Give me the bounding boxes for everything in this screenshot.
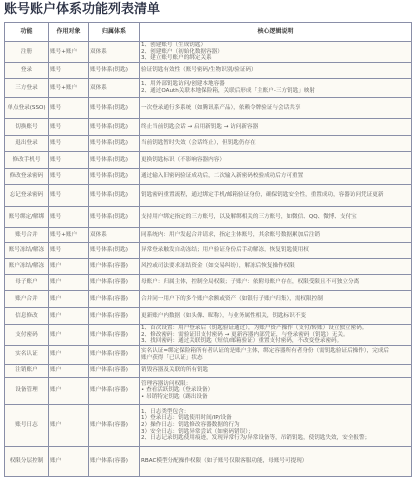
target-cell: 账户 <box>49 345 89 364</box>
table-row: 账号冻结/解冻账号账号体系(钥匙)异常登录触发自动冻结；用户验证身份后手动解冻，… <box>5 243 412 259</box>
description-line: 风控或司法要求冻结资金（如交易纠纷），解冻后恢复操作权限 <box>141 263 410 270</box>
description-line: 支持用户绑定指定的三方账号，以及解绑相关的三方账号，如微信、QQ、微博、支付宝 <box>141 214 410 221</box>
description-cell: 1、用外部钥匙访问/创建本地容器2、通过OAuth关联本地保险箱，关联后形成「主… <box>140 79 412 98</box>
description-cell: 验证钥匙有效性（账号密码/生物识别/验证码） <box>140 63 412 79</box>
target-cell: 账号 <box>49 152 89 169</box>
target-cell: 账户 <box>49 377 89 404</box>
target-cell: 账号 <box>49 185 89 207</box>
description-line: 1、创建账号（生成钥匙） <box>141 42 410 49</box>
system-cell: 账户体系(容器) <box>89 377 140 404</box>
description-line: 销毁容器及关联的所有钥匙 <box>141 367 410 374</box>
target-cell: 账号+账户 <box>49 228 89 243</box>
function-cell: 登录 <box>5 63 49 79</box>
table-row: 实名认证账户账户体系(容器)实名认证=绑定保险箱所有者认证的是账户主体，绑定容器… <box>5 345 412 364</box>
page-title: 账号账户体系功能列表清单 <box>4 2 160 18</box>
description-line: 更换钥匙标识（不影响容器内容） <box>141 157 410 164</box>
description-line: • 吊销特定钥匙（踢出设备 <box>141 394 410 401</box>
description-line: 通过输入旧密码验证成功后，二次输入新密码校验成功后方可重置 <box>141 173 410 180</box>
function-cell: 信息修改 <box>5 308 49 325</box>
function-cell: 支付密码 <box>5 325 49 346</box>
description-line: 2、通过OAuth关联本地保险箱，关联后形成「主账户-三方钥匙」映射 <box>141 88 410 95</box>
description-cell: 钥匙密码重置流程，通过绑定手机/邮箱验证身份，确保钥匙安全性，重置成功，容器访问… <box>140 185 412 207</box>
target-cell: 账号+账户 <box>49 42 89 63</box>
function-cell: 账号合并 <box>5 228 49 243</box>
description-cell: 母账户：归属主体，控制全局权限；子账户：依附母账户存在，权限受限且不可独立分离 <box>140 275 412 291</box>
function-cell: 账户合并 <box>5 291 49 308</box>
table-row: 修改登录密码账号账号体系(钥匙)通过输入旧密码验证成功后，二次输入新密码校验成功… <box>5 169 412 185</box>
description-cell: 1、日志类型包含：1）登录日志：钥匙使用时间/IP/设备2）操作日志：钥匙修改容… <box>140 404 412 446</box>
target-cell: 账号 <box>49 63 89 79</box>
table-row: 修改手机号账号账号体系(钥匙)更换钥匙标识（不影响容器内容） <box>5 152 412 169</box>
system-cell: 双体系 <box>89 228 140 243</box>
description-line: RBAC模型分配操作权限（如子账号仅限客服功能，母账号可提现） <box>141 458 410 465</box>
description-cell: 同系统内：用户发起合并请求，指定主体账号，其余账号数据累加后注销 <box>140 228 412 243</box>
description-cell: 支持用户绑定指定的三方账号，以及解绑相关的三方账号，如微信、QQ、微博、支付宝 <box>140 207 412 228</box>
system-cell: 账户体系(容器) <box>89 308 140 325</box>
table-row: 忘记登录密码账号账号体系(钥匙)钥匙密码重置流程，通过绑定手机/邮箱验证身份，确… <box>5 185 412 207</box>
description-line: 账户获得「已认证」状态 <box>141 355 410 362</box>
function-cell: 单点登录(SSO) <box>5 98 49 119</box>
description-line: 更新账户内数据（如头像、昵称），与业务属性相关，钥匙标识不变 <box>141 313 410 320</box>
table-row: 账户冻结/解冻账户账户体系(容器)风控或司法要求冻结资金（如交易纠纷），解冻后恢… <box>5 259 412 275</box>
function-cell: 退出登录 <box>5 136 49 152</box>
table-row: 单点登录(SSO)账号账号体系(钥匙)一次登录通行多系统（如腾讯系产品），依赖令… <box>5 98 412 119</box>
table-row: 设备管理账户账户体系(容器)管理容器访问权限：• 查看活跃钥匙（登录设备）• 吊… <box>5 377 412 404</box>
system-cell: 双体系 <box>89 42 140 63</box>
description-line: 3、建立账号账户的绑定关系 <box>141 55 410 62</box>
description-cell: 1、创建账号（生成钥匙）2、创建账户（初始化数据容器）3、建立账号账户的绑定关系 <box>140 42 412 63</box>
description-cell: 销毁容器及关联的所有钥匙 <box>140 364 412 377</box>
description-line: 异常登录触发自动冻结；用户验证身份后手动解冻，恢复钥匙使用权 <box>141 247 410 254</box>
description-line: 2、日志记录钥匙使用痕迹，发现异常行为/异常设备等，吊销钥匙，使钥匙失效，安全报… <box>141 435 410 442</box>
table-row: 切换账号账号账号体系(钥匙)终止当前钥匙会话 → 启用新钥匙 → 访问新容器 <box>5 119 412 136</box>
table-row: 账号绑定/解绑账号账号体系(钥匙)支持用户绑定指定的三方账号，以及解绑相关的三方… <box>5 207 412 228</box>
table-body: 注册账号+账户双体系1、创建账号（生成钥匙）2、创建账户（初始化数据容器）3、建… <box>5 42 412 477</box>
description-line: 2）操作日志：钥匙修改容器数据的行为 <box>141 422 410 429</box>
description-cell: RBAC模型分配操作权限（如子账号仅限客服功能，母账号可提现） <box>140 446 412 476</box>
description-line: 3、找回密码：通过关联钥匙（短信/邮箱验证）重置支付密码，不改变登录密码。 <box>141 338 410 345</box>
description-line: 合并同一用户下的多个账户余额或资产（如银行子账户归集），需权限控制 <box>141 296 410 303</box>
table-row: 注册账号+账户双体系1、创建账号（生成钥匙）2、创建账户（初始化数据容器）3、建… <box>5 42 412 63</box>
target-cell: 账户 <box>49 325 89 346</box>
function-cell: 账号绑定/解绑 <box>5 207 49 228</box>
table-row: 三方登录账号+账户双体系1、用外部钥匙访问/创建本地容器2、通过OAuth关联本… <box>5 79 412 98</box>
target-cell: 账号 <box>49 119 89 136</box>
description-line: 同系统内：用户发起合并请求，指定主体账号，其余账号数据累加后注销 <box>141 232 410 239</box>
function-table: 功能 作用对象 归属体系 核心逻辑说明 注册账号+账户双体系1、创建账号（生成钥… <box>4 22 412 477</box>
function-cell: 权限分层控制 <box>5 446 49 476</box>
target-cell: 账户 <box>49 259 89 275</box>
description-cell: 1、首次设置：用户登录后（钥匙验证通过），为账户资产操作（支付/转账）设立独立密… <box>140 325 412 346</box>
target-cell: 账号 <box>49 136 89 152</box>
function-cell: 修改登录密码 <box>5 169 49 185</box>
system-cell: 账户体系(容器) <box>89 275 140 291</box>
column-header-function: 功能 <box>5 23 49 42</box>
target-cell: 账号 <box>49 243 89 259</box>
column-header-system: 归属体系 <box>89 23 140 42</box>
target-cell: 账户 <box>49 308 89 325</box>
table-header-row: 功能 作用对象 归属体系 核心逻辑说明 <box>5 23 412 42</box>
system-cell: 账户体系(容器) <box>89 446 140 476</box>
system-cell: 双体系 <box>89 79 140 98</box>
description-cell: 实名认证=绑定保险箱所有者认证的是账户主体，绑定容器所有者身份（需钥匙验证后操作… <box>140 345 412 364</box>
table-row: 账号合并账号+账户双体系同系统内：用户发起合并请求，指定主体账号，其余账号数据累… <box>5 228 412 243</box>
description-cell: 合并同一用户下的多个账户余额或资产（如银行子账户归集），需权限控制 <box>140 291 412 308</box>
target-cell: 账号+账户 <box>49 79 89 98</box>
description-cell: 一次登录通行多系统（如腾讯系产品），依赖令牌验证与会话共享 <box>140 98 412 119</box>
table-row: 母子账户账户账户体系(容器)母账户：归属主体，控制全局权限；子账户：依附母账户存… <box>5 275 412 291</box>
function-cell: 切换账号 <box>5 119 49 136</box>
system-cell: 账号体系(钥匙) <box>89 185 140 207</box>
system-cell: 账户体系(容器) <box>89 345 140 364</box>
function-cell: 注销账户 <box>5 364 49 377</box>
description-line: 母账户：归属主体，控制全局权限；子账户：依附母账户存在，权限受限且不可独立分离 <box>141 279 410 286</box>
description-cell: 当前钥匙暂时失效（会话终止），但钥匙仍存在 <box>140 136 412 152</box>
target-cell: 账户 <box>49 364 89 377</box>
target-cell: 账户 <box>49 275 89 291</box>
table-row: 注销账户账户账户体系(容器)销毁容器及关联的所有钥匙 <box>5 364 412 377</box>
target-cell: 账号 <box>49 169 89 185</box>
target-cell: 账户 <box>49 404 89 446</box>
target-cell: 账号 <box>49 207 89 228</box>
system-cell: 账号体系(钥匙) <box>89 63 140 79</box>
system-cell: 账号体系(钥匙) <box>89 207 140 228</box>
target-cell: 账户 <box>49 446 89 476</box>
table-row: 登录账号账号体系(钥匙)验证钥匙有效性（账号密码/生物识别/验证码） <box>5 63 412 79</box>
table-row: 支付密码账户账户体系(容器)1、首次设置：用户登录后（钥匙验证通过），为账户资产… <box>5 325 412 346</box>
description-line: 实名认证=绑定保险箱所有者认证的是账户主体，绑定容器所有者身份（需钥匙验证后操作… <box>141 348 410 355</box>
function-cell: 账号日志 <box>5 404 49 446</box>
system-cell: 账号体系(钥匙) <box>89 169 140 185</box>
description-cell: 管理容器访问权限：• 查看活跃钥匙（登录设备）• 吊销特定钥匙（踢出设备 <box>140 377 412 404</box>
system-cell: 账户体系(容器) <box>89 404 140 446</box>
table-row: 权限分层控制账户账户体系(容器)RBAC模型分配操作权限（如子账号仅限客服功能，… <box>5 446 412 476</box>
function-cell: 修改手机号 <box>5 152 49 169</box>
system-cell: 账号体系(钥匙) <box>89 119 140 136</box>
description-line: 当前钥匙暂时失效（会话终止），但钥匙仍存在 <box>141 140 410 147</box>
function-cell: 实名认证 <box>5 345 49 364</box>
system-cell: 账户体系(容器) <box>89 291 140 308</box>
description-cell: 通过输入旧密码验证成功后，二次输入新密码校验成功后方可重置 <box>140 169 412 185</box>
function-cell: 三方登录 <box>5 79 49 98</box>
system-cell: 账号体系(钥匙) <box>89 136 140 152</box>
system-cell: 账户体系(容器) <box>89 364 140 377</box>
table-row: 账户合并账户账户体系(容器)合并同一用户下的多个账户余额或资产（如银行子账户归集… <box>5 291 412 308</box>
function-cell: 母子账户 <box>5 275 49 291</box>
description-cell: 风控或司法要求冻结资金（如交易纠纷），解冻后恢复操作权限 <box>140 259 412 275</box>
system-cell: 账户体系(容器) <box>89 259 140 275</box>
function-cell: 设备管理 <box>5 377 49 404</box>
table-row: 信息修改账户账户体系(容器)更新账户内数据（如头像、昵称），与业务属性相关，钥匙… <box>5 308 412 325</box>
description-line: 验证钥匙有效性（账号密码/生物识别/验证码） <box>141 67 410 74</box>
function-cell: 忘记登录密码 <box>5 185 49 207</box>
description-cell: 终止当前钥匙会话 → 启用新钥匙 → 访问新容器 <box>140 119 412 136</box>
description-line: 终止当前钥匙会话 → 启用新钥匙 → 访问新容器 <box>141 124 410 131</box>
function-cell: 账号冻结/解冻 <box>5 243 49 259</box>
target-cell: 账户 <box>49 291 89 308</box>
description-line: 1）登录日志：钥匙使用时间/IP/设备 <box>141 415 410 422</box>
column-header-description: 核心逻辑说明 <box>140 23 412 42</box>
function-cell: 注册 <box>5 42 49 63</box>
column-header-target: 作用对象 <box>49 23 89 42</box>
system-cell: 账号体系(钥匙) <box>89 98 140 119</box>
description-line: 钥匙密码重置流程，通过绑定手机/邮箱验证身份，确保钥匙安全性，重置成功，容器访问… <box>141 192 410 199</box>
description-cell: 异常登录触发自动冻结；用户验证身份后手动解冻，恢复钥匙使用权 <box>140 243 412 259</box>
description-line: 一次登录通行多系统（如腾讯系产品），依赖令牌验证与会话共享 <box>141 105 410 112</box>
description-line: 1、首次设置：用户登录后（钥匙验证通过），为账户资产操作（支付/转账）设立独立密… <box>141 325 410 332</box>
target-cell: 账号 <box>49 98 89 119</box>
table-row: 退出登录账号账号体系(钥匙)当前钥匙暂时失效（会话终止），但钥匙仍存在 <box>5 136 412 152</box>
system-cell: 账号体系(钥匙) <box>89 243 140 259</box>
table-row: 账号日志账户账户体系(容器)1、日志类型包含：1）登录日志：钥匙使用时间/IP/… <box>5 404 412 446</box>
description-cell: 更新账户内数据（如头像、昵称），与业务属性相关，钥匙标识不变 <box>140 308 412 325</box>
function-cell: 账户冻结/解冻 <box>5 259 49 275</box>
system-cell: 账号体系(钥匙) <box>89 152 140 169</box>
system-cell: 账户体系(容器) <box>89 325 140 346</box>
description-cell: 更换钥匙标识（不影响容器内容） <box>140 152 412 169</box>
description-line: 1、用外部钥匙访问/创建本地容器 <box>141 81 410 88</box>
